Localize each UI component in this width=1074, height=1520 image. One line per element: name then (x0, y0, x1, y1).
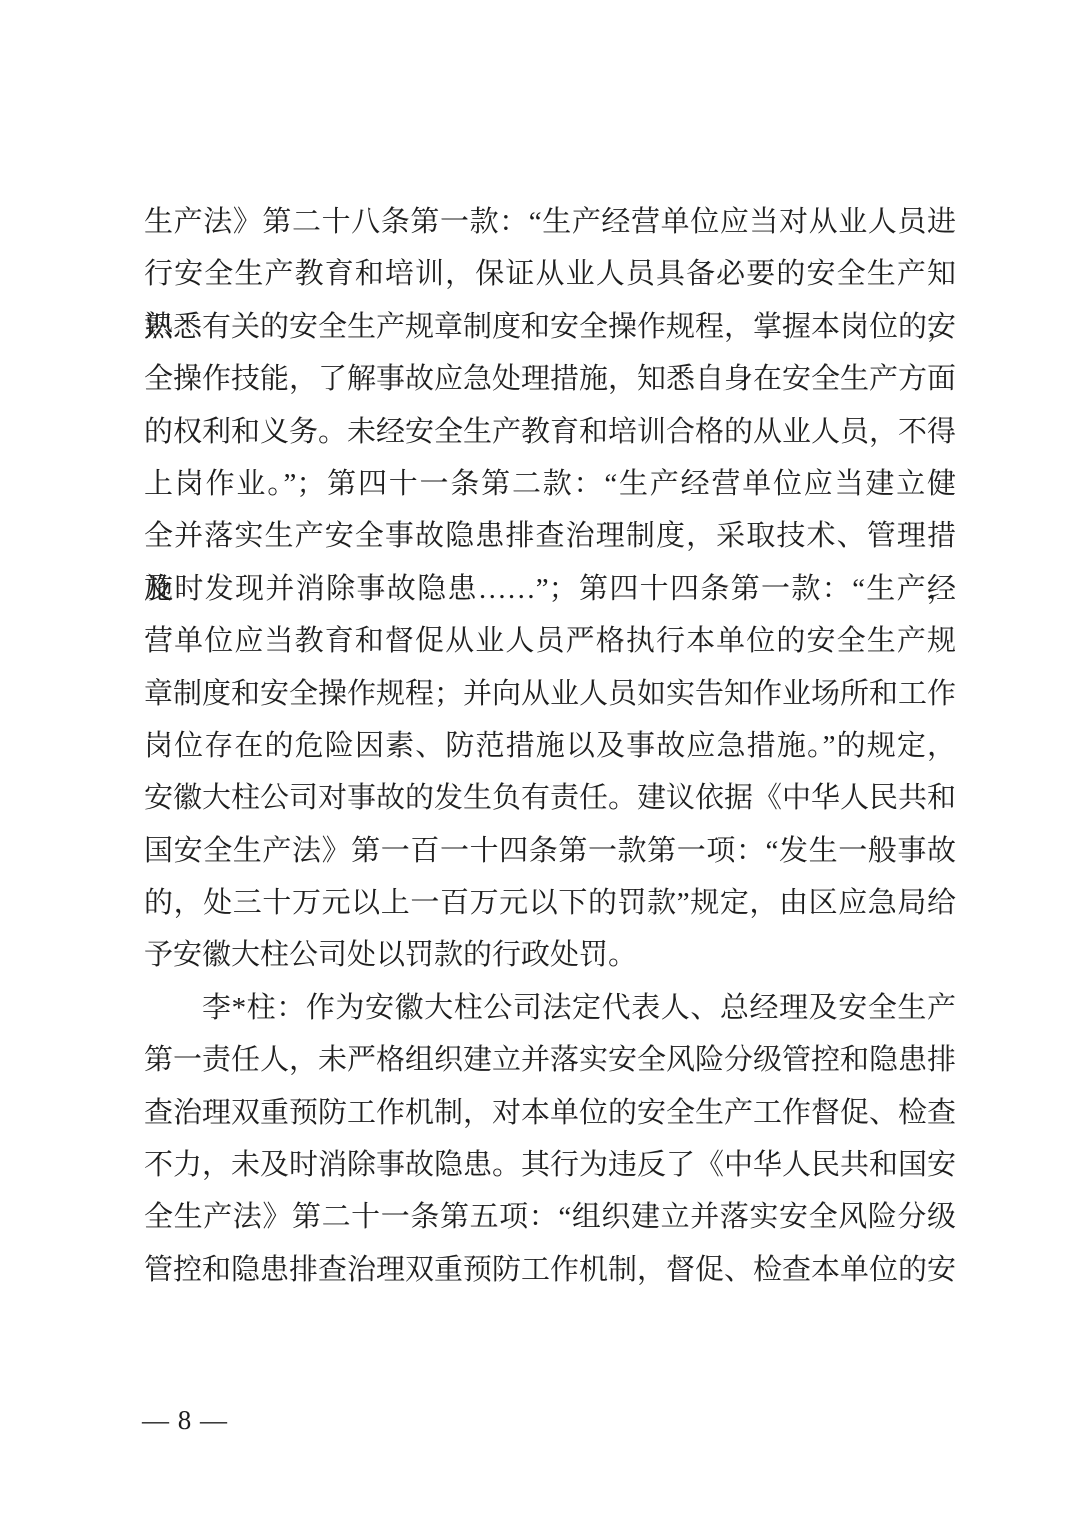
text-line: 熟悉有关的安全生产规章制度和安全操作规程，掌握本岗位的安 (144, 301, 956, 353)
text-line: 及时发现并消除事故隐患……”；第四十四条第一款：“生产经 (144, 563, 956, 615)
text-line: 生产法》第二十八条第一款：“生产经营单位应当对从业人员进 (144, 196, 956, 248)
text-line: 管控和隐患排查治理双重预防工作机制，督促、检查本单位的安 (144, 1244, 956, 1296)
text-line: 营单位应当教育和督促从业人员严格执行本单位的安全生产规 (144, 615, 956, 667)
text-line: 第一责任人，未严格组织建立并落实安全风险分级管控和隐患排 (144, 1034, 956, 1086)
text-line: 不力，未及时消除事故隐患。其行为违反了《中华人民共和国安 (144, 1139, 956, 1191)
document-body: 生产法》第二十八条第一款：“生产经营单位应当对从业人员进 行安全生产教育和培训，… (144, 196, 956, 1296)
text-line: 全生产法》第二十一条第五项：“组织建立并落实安全风险分级 (144, 1191, 956, 1243)
text-line: 的，处三十万元以上一百万元以下的罚款”规定，由区应急局给 (144, 877, 956, 929)
text-line: 岗位存在的危险因素、防范措施以及事故应急措施。”的规定， (144, 720, 956, 772)
text-line: 章制度和安全操作规程；并向从业人员如实告知作业场所和工作 (144, 668, 956, 720)
text-line: 的权利和义务。未经安全生产教育和培训合格的从业人员，不得 (144, 406, 956, 458)
text-line: 安徽大柱公司对事故的发生负有责任。建议依据《中华人民共和 (144, 772, 956, 824)
text-line: 国安全生产法》第一百一十四条第一款第一项：“发生一般事故 (144, 825, 956, 877)
page-number: — 8 — (142, 1402, 228, 1438)
text-line: 全操作技能，了解事故应急处理措施，知悉自身在安全生产方面 (144, 353, 956, 405)
document-page: 生产法》第二十八条第一款：“生产经营单位应当对从业人员进 行安全生产教育和培训，… (0, 0, 1074, 1520)
text-line: 上岗作业。”；第四十一条第二款：“生产经营单位应当建立健 (144, 458, 956, 510)
text-line: 李*柱：作为安徽大柱公司法定代表人、总经理及安全生产 (144, 982, 956, 1034)
text-line: 查治理双重预防工作机制，对本单位的安全生产工作督促、检查 (144, 1087, 956, 1139)
text-line: 全并落实生产安全事故隐患排查治理制度，采取技术、管理措施， (144, 510, 956, 562)
text-line: 予安徽大柱公司处以罚款的行政处罚。 (144, 929, 956, 981)
text-line: 行安全生产教育和培训，保证从业人员具备必要的安全生产知识， (144, 248, 956, 300)
